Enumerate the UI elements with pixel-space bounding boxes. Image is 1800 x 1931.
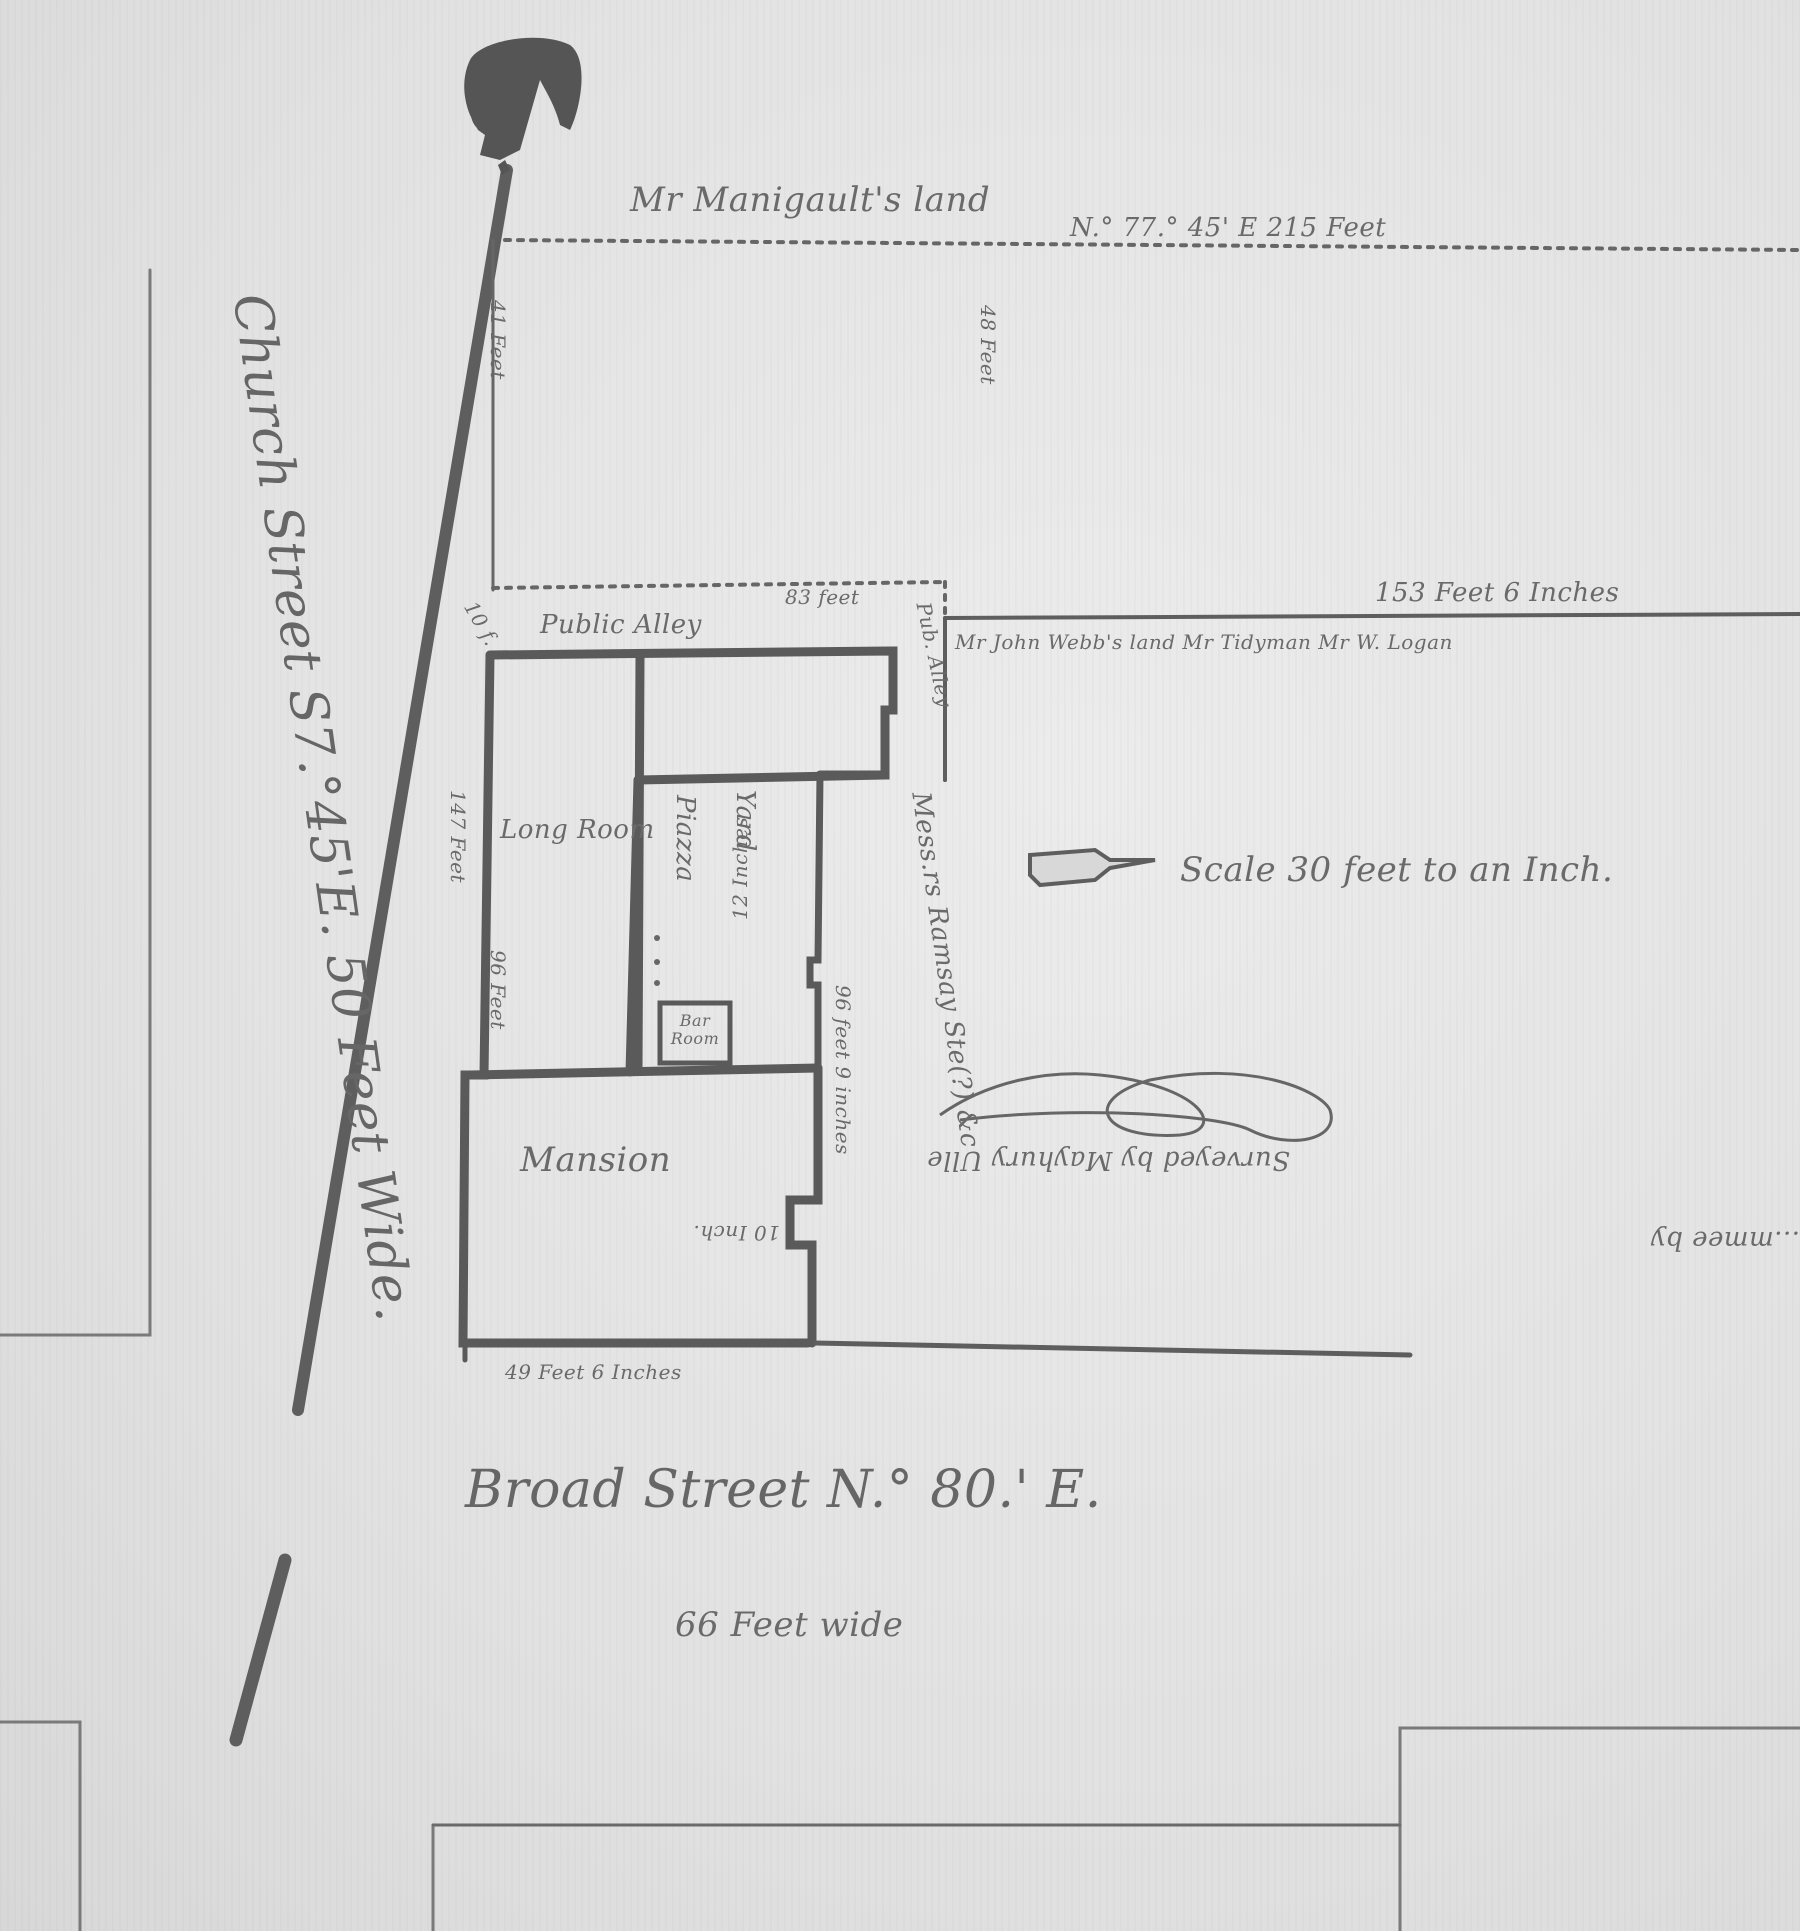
mansion-label: Mansion (520, 1140, 671, 1180)
plat-map: Church Street S7.°45'E. 50 Feet Wide. Mr… (0, 0, 1800, 1931)
long-room-label: Long Room (500, 815, 655, 845)
broad-street-width-label: 66 Feet wide (675, 1605, 903, 1645)
scale-label: Scale 30 feet to an Inch. (1180, 850, 1613, 890)
surveyor-signature-inverted: Surveyed by Mayhury Ulle (927, 1145, 1290, 1175)
piazza-label: Piazza (670, 795, 700, 882)
dim-41-feet: 41 Feet (486, 300, 510, 380)
public-alley-label: Public Alley (540, 610, 702, 640)
dim-96-feet: 96 Feet (486, 950, 510, 1030)
mansion-inches-label: 10 Inch. (693, 1221, 780, 1245)
church-street-line-lower (236, 1560, 285, 1740)
east-length-label: 153 Feet 6 Inches (1375, 578, 1619, 608)
east-owners-label: Mr John Webb's land Mr Tidyman Mr W. Log… (955, 630, 1453, 654)
signature-fragment-inverted: ...mmee by (1651, 1225, 1800, 1255)
dim-147-feet: 147 Feet (446, 790, 470, 883)
broad-street-line (815, 1343, 1410, 1355)
alley-dotted-line (493, 582, 945, 588)
dim-83-feet: 83 feet (785, 585, 859, 609)
left-lower-block-outline (0, 1722, 80, 1931)
bar-room-label: Bar Room (668, 1012, 722, 1048)
signature-flourish (940, 1073, 1331, 1140)
manigault-land-label: Mr Manigault's land (630, 180, 990, 220)
north-arrow-icon (464, 38, 581, 175)
dim-48-feet: 48 Feet (976, 305, 1000, 385)
dim-96-feet-9-inches: 96 feet 9 inches (831, 985, 855, 1155)
manigault-bearing-label: N.° 77.° 45' E 215 Feet (1070, 213, 1386, 243)
piazza-inches-label: 12 Inches (728, 817, 752, 920)
lot-upper-wall (490, 651, 893, 775)
east-boundary-line (945, 614, 1800, 618)
dim-front-49-feet: 49 Feet 6 Inches (505, 1360, 682, 1384)
left-block-outline (0, 270, 150, 1335)
pointing-hand-icon (1030, 850, 1155, 885)
mansion-east-wall (790, 1068, 818, 1343)
broad-street-label: Broad Street N.° 80.' E. (465, 1460, 1102, 1520)
